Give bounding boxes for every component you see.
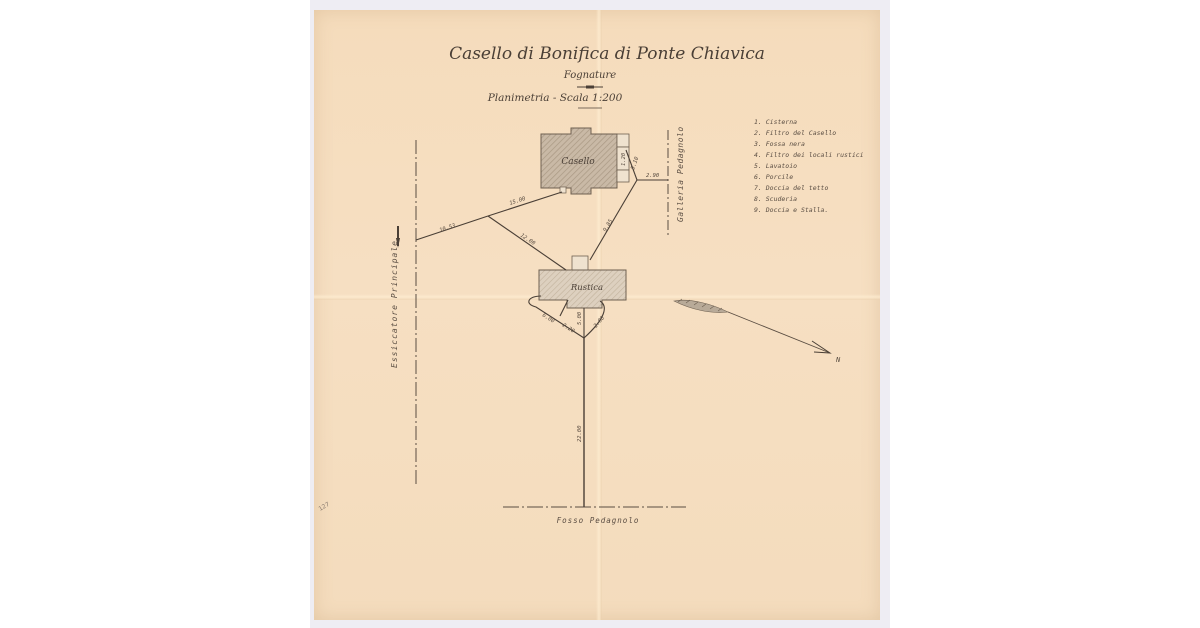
dimension-label: 9.85 xyxy=(603,219,615,233)
archive-number-mark: 127 xyxy=(318,501,332,513)
dimension-label: 15.00 xyxy=(509,196,527,207)
legend-item: 3. Fossa nera xyxy=(753,140,805,148)
cesspit-box-3 xyxy=(617,170,629,182)
right-channel-label: Galleria Pedagnolo xyxy=(676,126,685,222)
legend-item: 4. Filtro dei locali rustici xyxy=(754,151,864,159)
dimension-label: 2.80 xyxy=(593,315,607,330)
left-channel-label: Essiccatore Principale xyxy=(390,240,399,368)
legend-item: 5. Lavatoio xyxy=(754,162,797,170)
north-label: N xyxy=(835,356,841,364)
dimension-label: 6.00 xyxy=(541,313,556,325)
building-rustica: Rustica xyxy=(539,256,626,308)
site-plan-drawing: Casello di Bonifica di Ponte Chiavica Fo… xyxy=(0,0,1200,628)
casello-label: Casello xyxy=(561,157,595,167)
legend-item: 8. Scuderia xyxy=(754,195,797,203)
dimension-label: 12.00 xyxy=(519,233,537,248)
rustica-label: Rustica xyxy=(570,283,603,293)
legend-item: 7. Doccia del tetto xyxy=(754,184,828,192)
cistern-box-1 xyxy=(617,134,629,147)
channel-galleria-pedagnolo: Galleria Pedagnolo xyxy=(668,126,685,238)
title-divider-mark xyxy=(586,86,594,89)
legend-item: 9. Doccia e Stalla. xyxy=(754,206,828,214)
document-title: Casello di Bonifica di Ponte Chiavica xyxy=(449,44,765,64)
drainage-network xyxy=(416,150,668,507)
dimension-label: 1.20 xyxy=(621,152,627,166)
legend: 1. Cisterna 2. Filtro del Casello 3. Fos… xyxy=(753,118,864,214)
north-arrow-icon: N xyxy=(674,299,841,364)
scale-label: Planimetria - Scala 1:200 xyxy=(487,92,623,104)
dimension-label: 5.00 xyxy=(577,311,583,325)
title-block: Casello di Bonifica di Ponte Chiavica Fo… xyxy=(449,44,765,108)
building-casello: Casello xyxy=(541,128,629,194)
dimension-label: 22.00 xyxy=(577,425,583,442)
channel-fosso-pedagnolo: Fosso Pedagnolo xyxy=(503,507,686,525)
bottom-channel-label: Fosso Pedagnolo xyxy=(557,516,640,525)
drain-segment xyxy=(488,192,562,216)
legend-item: 6. Porcile xyxy=(754,173,793,181)
document-subtitle: Fognature xyxy=(563,70,616,81)
dimension-label: 10.53 xyxy=(439,223,457,234)
drain-segment xyxy=(590,180,637,260)
box-8 xyxy=(572,256,588,270)
dimension-label: 2.20 xyxy=(561,323,576,335)
arrow-fletching xyxy=(674,300,728,312)
dimension-label: 5.10 xyxy=(630,156,640,171)
channel-essiccatore-principale: Essiccatore Principale xyxy=(390,140,416,485)
arrow-shaft xyxy=(728,312,830,353)
dimension-label: 2.90 xyxy=(646,173,660,179)
legend-item: 1. Cisterna xyxy=(754,118,797,126)
legend-item: 2. Filtro del Casello xyxy=(754,129,836,137)
